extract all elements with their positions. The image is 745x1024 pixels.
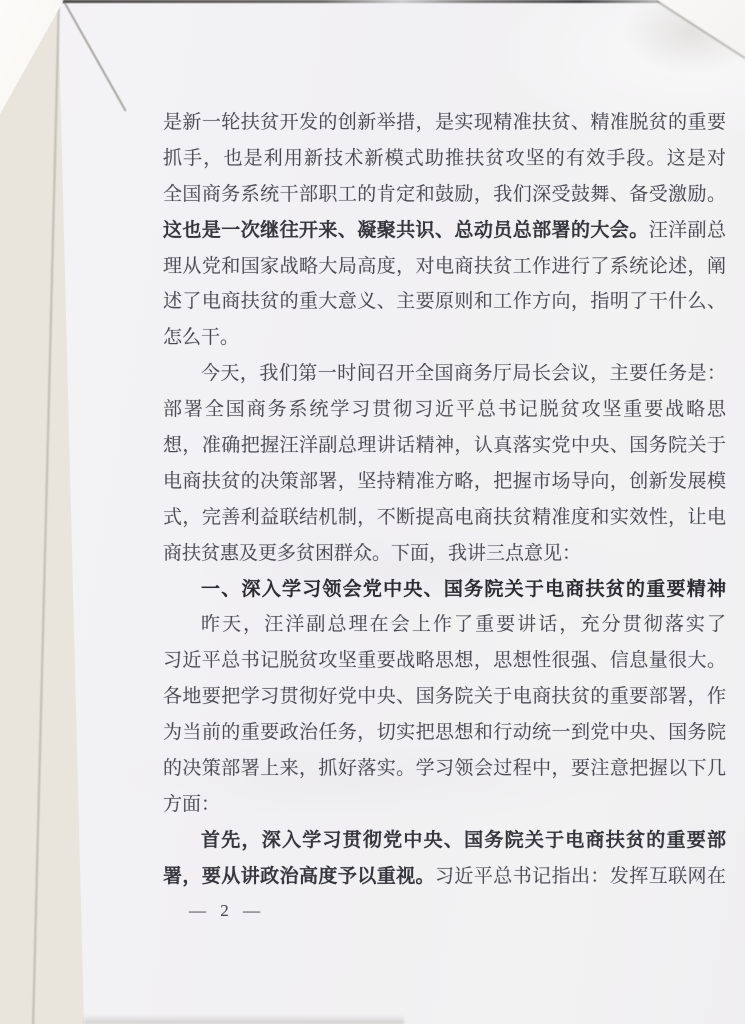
text-segment-body: 各地要把学习贯彻好党中央、国务院关于电商扶贫的重要部署，作 [163, 686, 726, 707]
top-left-corner-fold [0, 0, 64, 114]
text-segment-body: 述了电商扶贫的重大意义、主要原则和工作方向，指明了干什么、 [163, 291, 726, 312]
text-line: 一、深入学习领会党中央、国务院关于电商扶贫的重要精神 [163, 572, 726, 608]
text-line: 理从党和国家战略大局高度，对电商扶贫工作进行了系统论述，阐 [163, 249, 726, 285]
text-line: 部署全国商务系统学习贯彻习近平总书记脱贫攻坚重要战略思 [163, 392, 726, 428]
text-segment-emphasis: 首先，深入学习贯彻党中央、国务院关于电商扶贫的重要部 [201, 830, 726, 851]
text-segment-body: 怎么干。 [163, 327, 239, 348]
text-segment-emphasis: 这也是一次继往开来、凝聚共识、总动员总部署的大会。 [163, 220, 649, 241]
text-segment-body: 商扶贫惠及更多贫困群众。下面，我讲三点意见： [163, 543, 581, 564]
text-line: 全国商务系统干部职工的肯定和鼓励，我们深受鼓舞、备受激励。 [163, 177, 726, 213]
text-line: 各地要把学习贯彻好党中央、国务院关于电商扶贫的重要部署，作 [163, 679, 726, 715]
document-lines: 是新一轮扶贫开发的创新举措，是实现精准扶贫、精准脱贫的重要抓手，也是利用新技术新… [163, 105, 726, 895]
text-line: 为当前的重要政治任务，切实把思想和行动统一到党中央、国务院 [163, 715, 726, 751]
text-segment-body: 全国商务系统干部职工的肯定和鼓励，我们深受鼓舞、备受激励。 [163, 184, 726, 205]
text-segment-body: 今天，我们第一时间召开全国商务厅局长会议，主要任务是： [201, 363, 726, 384]
text-segment-body: 昨天，汪洋副总理在会上作了重要讲话，充分贯彻落实了 [201, 614, 726, 635]
text-line: 想，准确把握汪洋副总理讲话精神，认真落实党中央、国务院关于 [163, 428, 726, 464]
paper-left-edge [32, 0, 60, 1024]
text-segment-body: 电商扶贫的决策部署，坚持精准方略，把握市场导向，创新发展模 [163, 471, 726, 492]
text-segment-body: 习近平总书记指出：发挥互联网在 [435, 866, 726, 887]
text-segment-body: 抓手，也是利用新技术新模式助推扶贫攻坚的有效手段。这是对 [163, 148, 726, 169]
text-segment-body: 汪洋副总 [649, 220, 726, 241]
text-segment-body: 习近平总书记脱贫攻坚重要战略思想，思想性很强、信息量很大。 [163, 650, 726, 671]
text-line: 怎么干。 [163, 320, 726, 356]
text-segment-heading: 一、深入学习领会党中央、国务院关于电商扶贫的重要精神 [201, 579, 726, 600]
text-segment-body: 理从党和国家战略大局高度，对电商扶贫工作进行了系统论述，阐 [163, 256, 726, 277]
text-segment-body: 部署全国商务系统学习贯彻习近平总书记脱贫攻坚重要战略思 [163, 399, 726, 420]
text-segment-emphasis: 署，要从讲政治高度予以重视。 [163, 866, 435, 887]
text-line: 是新一轮扶贫开发的创新举措，是实现精准扶贫、精准脱贫的重要 [163, 105, 726, 141]
text-segment-body: 为当前的重要政治任务，切实把思想和行动统一到党中央、国务院 [163, 722, 726, 743]
text-line: 式，完善利益联结机制，不断提高电商扶贫精准度和实效性，让电 [163, 500, 726, 536]
text-line: 商扶贫惠及更多贫困群众。下面，我讲三点意见： [163, 536, 726, 572]
text-segment-body: 是新一轮扶贫开发的创新举措，是实现精准扶贫、精准脱贫的重要 [163, 112, 726, 133]
text-line: 习近平总书记脱贫攻坚重要战略思想，思想性很强、信息量很大。 [163, 643, 726, 679]
text-line: 述了电商扶贫的重大意义、主要原则和工作方向，指明了干什么、 [163, 284, 726, 320]
text-line: 昨天，汪洋副总理在会上作了重要讲话，充分贯彻落实了 [163, 607, 726, 643]
text-segment-body: 想，准确把握汪洋副总理讲话精神，认真落实党中央、国务院关于 [163, 435, 726, 456]
page-number: — 2 — [189, 901, 265, 921]
text-segment-body: 方面： [163, 794, 220, 815]
text-segment-body: 的决策部署上来，抓好落实。学习领会过程中，要注意把握以下几 [163, 758, 726, 779]
text-line: 抓手，也是利用新技术新模式助推扶贫攻坚的有效手段。这是对 [163, 141, 726, 177]
text-line: 这也是一次继往开来、凝聚共识、总动员总部署的大会。汪洋副总 [163, 213, 726, 249]
text-line: 署，要从讲政治高度予以重视。习近平总书记指出：发挥互联网在 [163, 859, 726, 895]
text-line: 电商扶贫的决策部署，坚持精准方略，把握市场导向，创新发展模 [163, 464, 726, 500]
text-line: 首先，深入学习贯彻党中央、国务院关于电商扶贫的重要部 [163, 823, 726, 859]
text-segment-body: 式，完善利益联结机制，不断提高电商扶贫精准度和实效性，让电 [163, 507, 726, 528]
scanned-document-page: 是新一轮扶贫开发的创新举措，是实现精准扶贫、精准脱贫的重要抓手，也是利用新技术新… [0, 0, 745, 1024]
bottom-edge-shadow [84, 1015, 404, 1024]
text-line: 方面： [163, 787, 726, 823]
text-line: 今天，我们第一时间召开全国商务厅局长会议，主要任务是： [163, 356, 726, 392]
text-line: 的决策部署上来，抓好落实。学习领会过程中，要注意把握以下几 [163, 751, 726, 787]
